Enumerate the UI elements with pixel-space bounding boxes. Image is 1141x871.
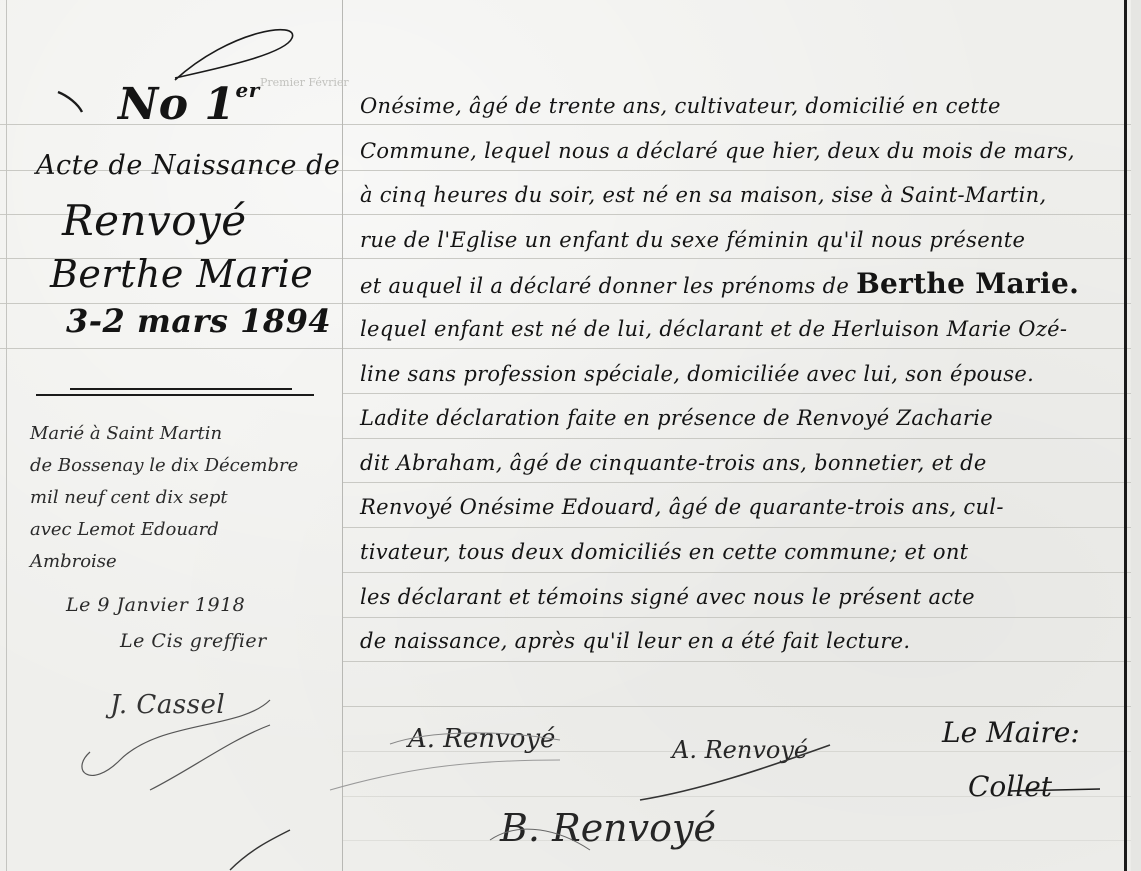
faint-printed-text: Premier Février — [260, 76, 349, 89]
registration-birth-dates: 3-2 mars 1894 — [66, 302, 331, 340]
act-title: Acte de Naissance de — [36, 150, 340, 181]
annotation-line: mil neuf cent dix sept — [30, 482, 330, 514]
mayor-title: Le Maire: — [942, 716, 1080, 749]
child-name-emphasis: Berthe Marie. — [856, 267, 1079, 300]
body-line: lequel enfant est né de lui, déclarant e… — [360, 307, 1120, 352]
annotation-line: Marié à Saint Martin — [30, 418, 330, 450]
declarant-signature: B. Renvoyé — [500, 806, 716, 850]
annotation-role: Le Cis greffier — [120, 630, 267, 652]
separator-rule — [36, 394, 314, 396]
register-page: No 1er Acte de Naissance de Renvoyé Bert… — [0, 0, 1141, 871]
annotation-line: avec Lemot Edouard — [30, 514, 330, 546]
witness-signature-2: A. Renvoyé — [672, 736, 808, 764]
body-line: tivateur, tous deux domiciliés en cette … — [360, 530, 1120, 575]
separator-rule — [70, 388, 292, 390]
body-line: Onésime, âgé de trente ans, cultivateur,… — [360, 84, 1120, 129]
act-number-suffix: er — [236, 78, 260, 102]
act-body: Onésime, âgé de trente ans, cultivateur,… — [360, 84, 1120, 664]
witness-signature-1: A. Renvoyé — [408, 724, 555, 754]
child-given-names: Berthe Marie — [50, 252, 313, 296]
body-line: et auquel il a déclaré donner les prénom… — [360, 262, 1120, 307]
marriage-annotation: Marié à Saint Martin de Bossenay le dix … — [30, 418, 330, 578]
body-line: line sans profession spéciale, domicilié… — [360, 352, 1120, 397]
annotation-line: Ambroise — [30, 546, 330, 578]
act-number: No 1er — [118, 78, 260, 130]
annotation-line: de Bossenay le dix Décembre — [30, 450, 330, 482]
margin-column-divider — [342, 0, 343, 871]
body-line: Commune, lequel nous a déclaré que hier,… — [360, 129, 1120, 174]
body-line: Ladite déclaration faite en présence de … — [360, 396, 1120, 441]
annotation-date: Le 9 Janvier 1918 — [66, 594, 245, 616]
act-number-text: No 1 — [118, 79, 236, 130]
clerk-signature: J. Cassel — [110, 690, 225, 720]
ruled-line — [342, 706, 1141, 707]
body-line: les déclarant et témoins signé avec nous… — [360, 575, 1120, 620]
child-surname: Renvoyé — [62, 196, 247, 245]
mayor-signature: Collet — [968, 770, 1052, 803]
body-line: rue de l'Eglise un enfant du sexe fémini… — [360, 218, 1120, 263]
ruled-line — [342, 840, 1141, 841]
body-line: à cinq heures du soir, est né en sa mais… — [360, 173, 1120, 218]
page-right-border — [1124, 0, 1127, 871]
body-line: Renvoyé Onésime Edouard, âgé de quarante… — [360, 485, 1120, 530]
body-line: de naissance, après qu'il leur en a été … — [360, 619, 1120, 664]
adjacent-page-edge — [1131, 0, 1141, 871]
body-line: dit Abraham, âgé de cinquante-trois ans,… — [360, 441, 1120, 486]
body-line-text: et auquel il a déclaré donner les prénom… — [360, 274, 849, 298]
margin-column: No 1er Acte de Naissance de Renvoyé Bert… — [0, 0, 342, 871]
